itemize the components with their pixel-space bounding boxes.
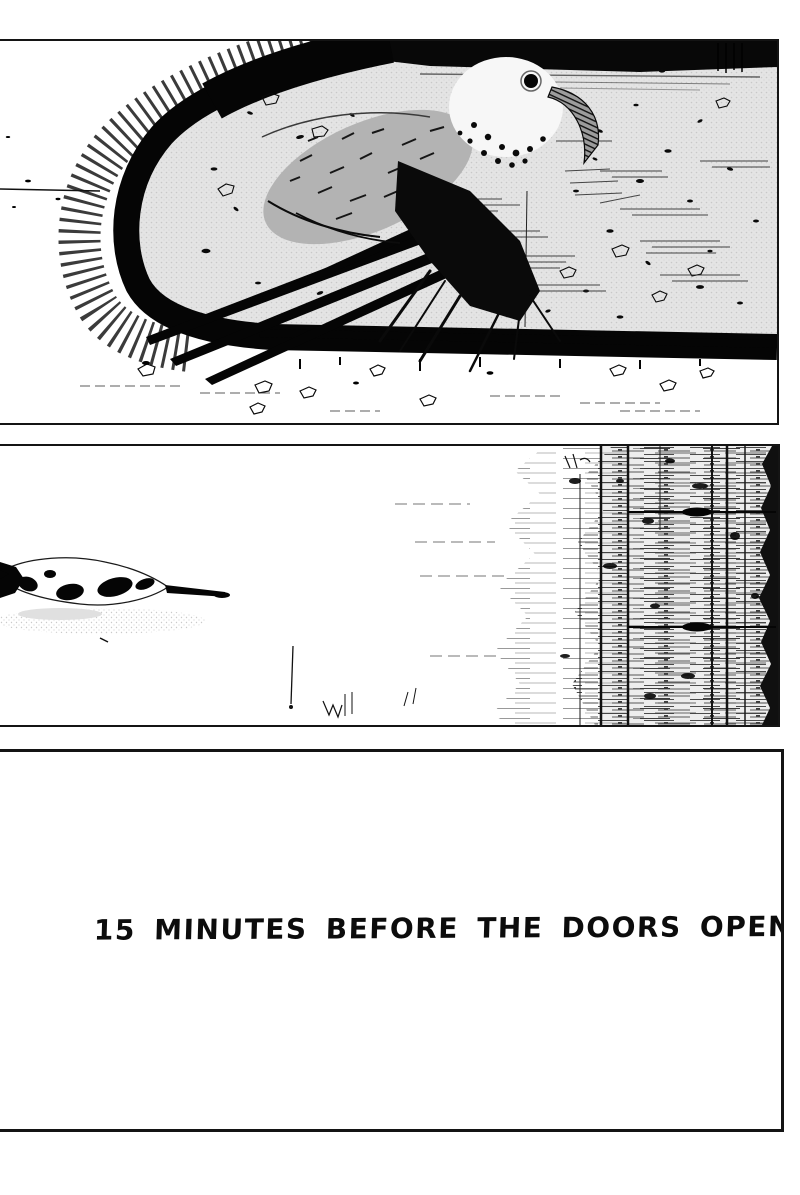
panel-cage-tray-closeup (0, 39, 779, 425)
outside-floor-edge (0, 136, 100, 208)
manga-page: 15 MINUTES BEFORE THE DOORS OPENED (0, 0, 800, 1195)
floor-marks (289, 646, 416, 717)
distant-view-illustration (0, 446, 778, 725)
cage-tray-illustration (0, 41, 777, 423)
dead-bird-distant-illustration (0, 558, 230, 642)
outside-floor-bottom (80, 357, 714, 414)
panel-caption: 15 MINUTES BEFORE THE DOORS OPENED (0, 749, 784, 1132)
wall-fringe (395, 504, 510, 656)
eye (524, 74, 538, 88)
panel-distant-view (0, 444, 780, 727)
caption-text: 15 MINUTES BEFORE THE DOORS OPENED (93, 910, 734, 946)
weathered-wall-illustration (395, 446, 778, 725)
